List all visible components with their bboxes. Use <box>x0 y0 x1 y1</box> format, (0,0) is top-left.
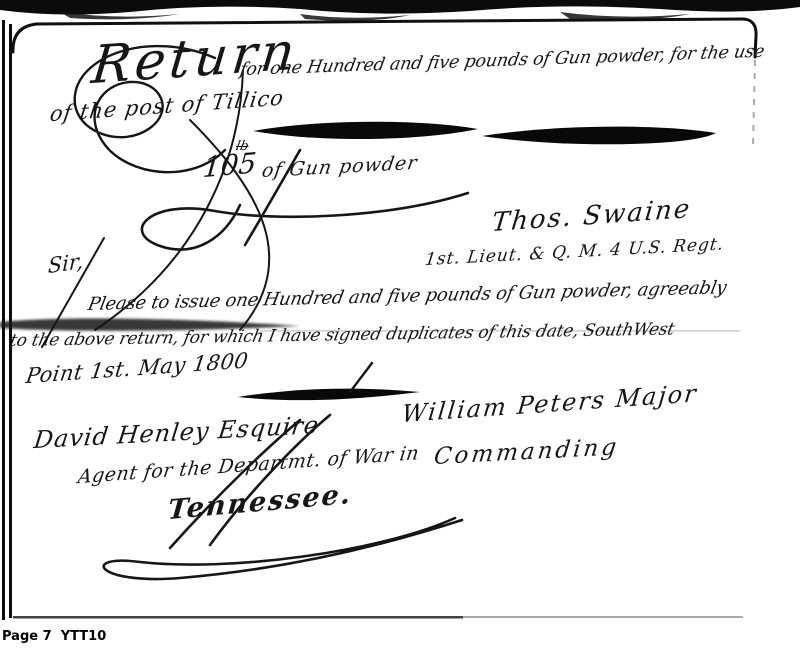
ink-flick-after-date <box>350 363 372 392</box>
ink-stroke-after-date <box>238 389 420 401</box>
page-caption: Page 7 YTT10 <box>2 629 106 644</box>
recipient-location: Tennessee. <box>167 481 353 524</box>
paper-edge-bottom-faded <box>463 616 743 618</box>
scanned-document-page: Return for one Hundred and five pounds o… <box>0 0 800 657</box>
salutation: Sir, <box>48 251 84 277</box>
recipient-title: Agent for the Departmt. of War in <box>77 444 421 487</box>
ink-stroke-redaction-2 <box>482 127 716 145</box>
recipient-name: David Henley Esquire <box>33 413 321 452</box>
body-line-2: to the above return, for which I have si… <box>8 321 675 350</box>
paper-edge-right-faint <box>753 60 755 145</box>
ink-stroke-redaction-1 <box>253 122 478 139</box>
commander-signature: William Peters Major <box>401 381 699 426</box>
title-line2: of the post of Tillico <box>49 88 286 126</box>
quantity-value: 105 <box>202 149 258 182</box>
signer-rank: 1st. Lieut. & Q. M. 4 U.S. Regt. <box>424 236 725 269</box>
scan-edge-left-outer <box>2 20 5 620</box>
scan-edge-top-blotches <box>60 12 690 21</box>
scan-edge-left-inner <box>9 24 12 618</box>
body-line-1: Please to issue one Hundred and five pou… <box>86 279 728 314</box>
dateline: Point 1st. May 1800 <box>25 350 250 387</box>
commander-title: Commanding <box>433 436 621 469</box>
quantity-text: of Gun powder <box>260 154 418 181</box>
signer-name: Thos. Swaine <box>491 196 693 236</box>
title-line1-rest: for one Hundred and five pounds of Gun p… <box>238 44 765 80</box>
scan-edge-top-band <box>0 0 800 15</box>
paper-edge-bottom <box>13 616 463 619</box>
